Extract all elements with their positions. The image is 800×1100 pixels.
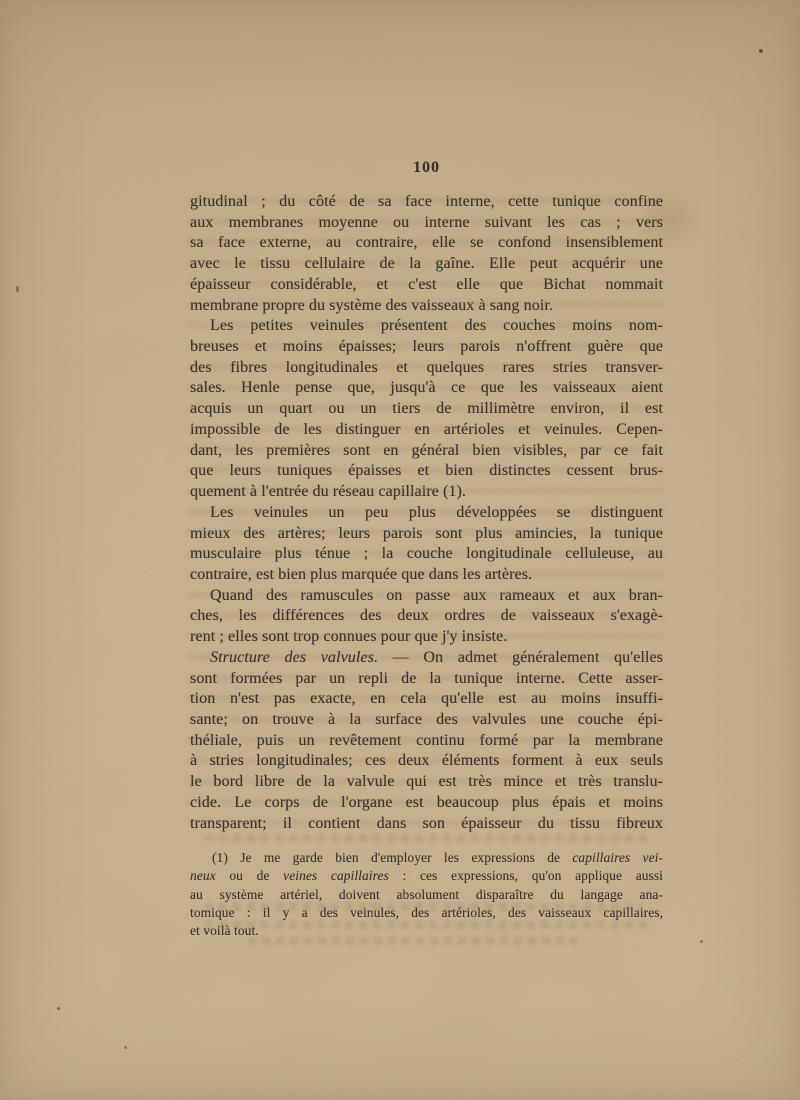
paper-speck <box>16 286 19 292</box>
text-line: sante; on trouve à la surface des valvul… <box>190 710 663 731</box>
footnote: (1) Je me garde bien d'employer les expr… <box>190 849 663 940</box>
italic-text-segment: Structure des valvules. <box>210 649 378 666</box>
text-line: gitudinal ; du côté de sa face interne, … <box>190 192 663 213</box>
italic-text-segment: capillaires vei- <box>572 850 663 865</box>
text-line: tomique : il y a des veinules, des artér… <box>190 904 663 922</box>
text-segment: transparent; il contient dans son épaiss… <box>190 815 663 832</box>
text-segment: musculaire plus ténue ; la couche longit… <box>190 545 663 562</box>
text-segment: Les veinules un peu plus développées se … <box>210 504 663 521</box>
text-line: cide. Le corps de l'organe est beaucoup … <box>190 793 663 814</box>
text-line: tion n'est pas exacte, en cela qu'elle e… <box>190 689 663 710</box>
text-line: que leurs tuniques épaisses et bien dist… <box>190 461 663 482</box>
text-line: des fibres longitudinales et quelques ra… <box>190 358 663 379</box>
text-segment: tion n'est pas exacte, en cela qu'elle e… <box>190 690 663 707</box>
text-line: acquis un quart ou un tiers de millimètr… <box>190 399 663 420</box>
text-line: au système artériel, doivent absolument … <box>190 886 663 904</box>
text-segment: théliale, puis un revêtement continu for… <box>190 732 663 749</box>
text-segment: (1) Je me garde bien d'employer les expr… <box>212 850 572 865</box>
text-line: quement à l'entrée du réseau capillaire … <box>190 482 663 503</box>
text-segment: et voilà tout. <box>190 923 259 938</box>
text-segment: impossible de les distinguer en artériol… <box>190 421 663 438</box>
text-segment: rent ; elles sont trop connues pour que … <box>190 628 507 645</box>
text-segment: sont formées par un repli de la tunique … <box>190 670 663 687</box>
text-line: Quand des ramuscules on passe aux rameau… <box>190 586 663 607</box>
italic-text-segment: veines capillaires <box>283 868 389 883</box>
text-segment: contraire, est bien plus marquée que dan… <box>190 566 532 583</box>
text-line: sont formées par un repli de la tunique … <box>190 669 663 690</box>
text-line: musculaire plus ténue ; la couche longit… <box>190 544 663 565</box>
paper-speck <box>759 49 763 53</box>
text-line: Structure des valvules. — On admet génér… <box>190 648 663 669</box>
text-line: breuses et moins épaisses; leurs parois … <box>190 337 663 358</box>
text-segment: sante; on trouve à la surface des valvul… <box>190 711 663 728</box>
text-line: avec le tissu cellulaire de la gaîne. El… <box>190 254 663 275</box>
text-line: neux ou de veines capillaires : ces expr… <box>190 867 663 885</box>
paper-speck <box>124 1046 127 1049</box>
text-line: épaisseur considérable, et c'est elle qu… <box>190 275 663 296</box>
page-number: 100 <box>190 159 663 177</box>
text-segment: dant, les premières sont en général bien… <box>190 442 663 459</box>
text-segment: à stries longitudinales; ces deux élémen… <box>190 752 663 769</box>
text-segment: que leurs tuniques épaisses et bien dist… <box>190 462 663 479</box>
text-line: le bord libre de la valvule qui est très… <box>190 772 663 793</box>
text-line: ches, les différences des deux ordres de… <box>190 606 663 627</box>
italic-text-segment: neux <box>190 868 216 883</box>
text-segment: — On admet généralement qu'elles <box>378 649 663 666</box>
text-line: impossible de les distinguer en artériol… <box>190 420 663 441</box>
text-segment: gitudinal ; du côté de sa face interne, … <box>190 193 663 210</box>
text-line: à stries longitudinales; ces deux élémen… <box>190 751 663 772</box>
text-segment: cide. Le corps de l'organe est beaucoup … <box>190 794 663 811</box>
bleed-through-line <box>205 834 650 842</box>
text-line: transparent; il contient dans son épaiss… <box>190 814 663 835</box>
text-line: théliale, puis un revêtement continu for… <box>190 731 663 752</box>
text-segment: quement à l'entrée du réseau capillaire … <box>190 483 466 500</box>
body-text: gitudinal ; du côté de sa face interne, … <box>190 192 663 834</box>
text-segment: épaisseur considérable, et c'est elle qu… <box>190 276 663 293</box>
text-segment: ches, les différences des deux ordres de… <box>190 607 663 624</box>
text-segment: Quand des ramuscules on passe aux rameau… <box>210 587 663 604</box>
text-segment: le bord libre de la valvule qui est très… <box>190 773 663 790</box>
text-segment: ou de <box>216 868 283 883</box>
text-segment: mieux des artères; leurs parois sont plu… <box>190 525 663 542</box>
text-line: et voilà tout. <box>190 922 663 940</box>
text-line: Les petites veinules présentent des couc… <box>190 316 663 337</box>
text-line: sa face externe, au contraire, elle se c… <box>190 233 663 254</box>
book-page: 100 gitudinal ; du côté de sa face inter… <box>0 0 800 1100</box>
text-segment: breuses et moins épaisses; leurs parois … <box>190 338 663 355</box>
text-line: rent ; elles sont trop connues pour que … <box>190 627 663 648</box>
text-segment: acquis un quart ou un tiers de millimètr… <box>190 400 663 417</box>
text-segment: tomique : il y a des veinules, des artér… <box>190 905 663 920</box>
text-line: sales. Henle pense que, jusqu'à ce que l… <box>190 378 663 399</box>
text-line: mieux des artères; leurs parois sont plu… <box>190 524 663 545</box>
text-segment: sales. Henle pense que, jusqu'à ce que l… <box>190 379 663 396</box>
text-segment: aux membranes moyenne ou interne suivant… <box>190 214 663 231</box>
text-segment: des fibres longitudinales et quelques ra… <box>190 359 663 376</box>
text-segment: Les petites veinules présentent des couc… <box>210 317 663 334</box>
text-line: (1) Je me garde bien d'employer les expr… <box>190 849 663 867</box>
text-line: Les veinules un peu plus développées se … <box>190 503 663 524</box>
text-segment: au système artériel, doivent absolument … <box>190 887 663 902</box>
text-line: membrane propre du système des vaisseaux… <box>190 296 663 317</box>
text-line: contraire, est bien plus marquée que dan… <box>190 565 663 586</box>
text-line: dant, les premières sont en général bien… <box>190 441 663 462</box>
paper-speck <box>700 940 703 943</box>
text-segment: avec le tissu cellulaire de la gaîne. El… <box>190 255 663 272</box>
text-segment: membrane propre du système des vaisseaux… <box>190 297 553 314</box>
paper-speck <box>57 1007 60 1010</box>
text-segment: : ces expressions, qu'on applique aussi <box>389 868 663 883</box>
text-line: aux membranes moyenne ou interne suivant… <box>190 213 663 234</box>
text-segment: sa face externe, au contraire, elle se c… <box>190 234 663 251</box>
